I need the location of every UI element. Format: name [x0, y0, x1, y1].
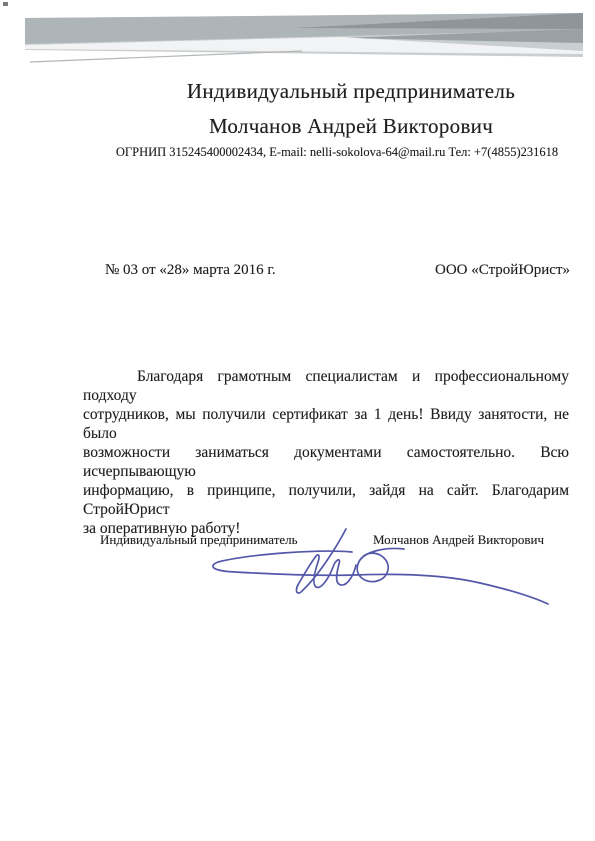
body-line: возможности заниматься документами самос… — [83, 443, 569, 481]
reference-row: № 03 от «28» марта 2016 г. ООО «СтройЮри… — [105, 261, 570, 280]
signer-title: Индивидуальный предприниматель — [100, 531, 298, 548]
body-line: сотрудников, мы получили сертификат за 1… — [83, 405, 569, 443]
letterhead-banner-graphic — [0, 0, 595, 70]
signer-name: Молчанов Андрей Викторович — [373, 531, 544, 548]
addressee: ООО «СтройЮрист» — [435, 261, 570, 280]
banner-underline — [30, 51, 302, 62]
doc-number-date: № 03 от «28» марта 2016 г. — [105, 261, 276, 280]
letter-body: Благодаря грамотным специалистам и профе… — [83, 367, 569, 538]
signature-stroke-loop-tail — [213, 551, 548, 604]
scanned-letter-page: Индивидуальный предприниматель Молчанов … — [0, 0, 595, 841]
body-line: Благодаря грамотным специалистам и профе… — [83, 367, 569, 405]
letterhead-person-name: Молчанов Андрей Викторович — [91, 113, 595, 139]
signature-row: Индивидуальный предприниматель Молчанов … — [100, 531, 544, 548]
letterhead: Индивидуальный предприниматель Молчанов … — [77, 78, 595, 160]
scan-artifact-speck — [3, 2, 8, 6]
signature-stroke-oval — [357, 549, 404, 582]
letterhead-contacts: ОГРНИП 315245400002434, E-mail: nelli-so… — [77, 144, 595, 160]
letterhead-org-type: Индивидуальный предприниматель — [91, 78, 595, 104]
body-line: информацию, в принципе, получили, зайдя … — [83, 481, 569, 519]
